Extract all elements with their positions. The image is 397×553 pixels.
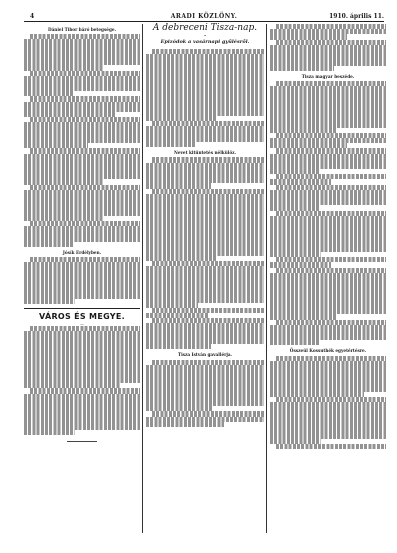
article-heading: A debreceni Tisza-nap. xyxy=(146,26,264,31)
section-rule xyxy=(24,308,140,309)
paragraph xyxy=(24,71,140,97)
column-2: A debreceni Tisza-nap.•Epizódok a vasárn… xyxy=(146,24,264,427)
text-line xyxy=(146,344,211,349)
paragraph xyxy=(146,121,264,147)
text-line xyxy=(270,340,319,345)
text-line xyxy=(270,66,334,71)
paragraph xyxy=(24,148,140,184)
paragraph xyxy=(270,356,386,398)
header-rule xyxy=(24,21,384,22)
paragraph xyxy=(270,320,386,346)
column-3: Tisza magyar beszéde.Összeül Kossuthék e… xyxy=(270,24,386,449)
paragraph xyxy=(24,257,140,304)
paragraph xyxy=(270,268,386,320)
column-1: Dániel Tibor báró betegsége.Jósík Erdély… xyxy=(24,24,140,448)
article-heading: Tisza magyar beszéde. xyxy=(270,74,386,79)
end-rule xyxy=(67,441,97,442)
paragraph xyxy=(270,185,386,211)
article-heading: Jósík Erdélyben. xyxy=(24,250,140,255)
article-heading: Tisza István gavallérja. xyxy=(146,352,264,357)
column-divider xyxy=(266,24,267,533)
paragraph xyxy=(270,444,386,449)
paragraph xyxy=(24,221,140,247)
article-heading: Összeül Kossuthék egyetértésre. xyxy=(270,348,386,353)
paragraph xyxy=(146,189,264,262)
article-heading: Nevet kitüntetés nélkülöz. xyxy=(146,150,264,155)
paragraph xyxy=(270,174,386,184)
column-divider xyxy=(142,24,143,533)
issue-date: 1910. április 11. xyxy=(329,13,384,20)
ornament: • xyxy=(146,33,264,38)
article-heading: Epizódok a vasárnapi gyűlésről. xyxy=(146,40,264,45)
text-line xyxy=(276,444,386,449)
paragraph xyxy=(270,40,386,71)
paragraph xyxy=(270,133,386,149)
paragraph xyxy=(146,308,264,318)
text-line xyxy=(146,142,196,147)
paragraph xyxy=(24,34,140,70)
text-line xyxy=(24,299,75,304)
paragraph xyxy=(24,326,140,388)
paragraph xyxy=(270,397,386,444)
paragraph xyxy=(146,360,264,412)
paragraph xyxy=(24,96,140,117)
text-line xyxy=(24,430,75,435)
paragraph xyxy=(270,211,386,258)
paragraph xyxy=(146,411,264,427)
text-line xyxy=(146,422,224,427)
paragraph xyxy=(24,388,140,435)
paragraph xyxy=(146,318,264,349)
text-line xyxy=(24,242,73,247)
paragraph xyxy=(146,261,264,308)
paragraph xyxy=(270,24,386,40)
paragraph xyxy=(270,257,386,267)
paragraph xyxy=(146,49,264,122)
paragraph xyxy=(270,148,386,174)
article-heading: Dániel Tibor báró betegsége. xyxy=(24,27,140,32)
paragraph xyxy=(24,117,140,148)
paragraph xyxy=(146,157,264,188)
paragraph xyxy=(270,81,386,133)
article-heading: VÁROS ÉS MEGYE. xyxy=(24,314,140,319)
paragraph xyxy=(24,185,140,221)
